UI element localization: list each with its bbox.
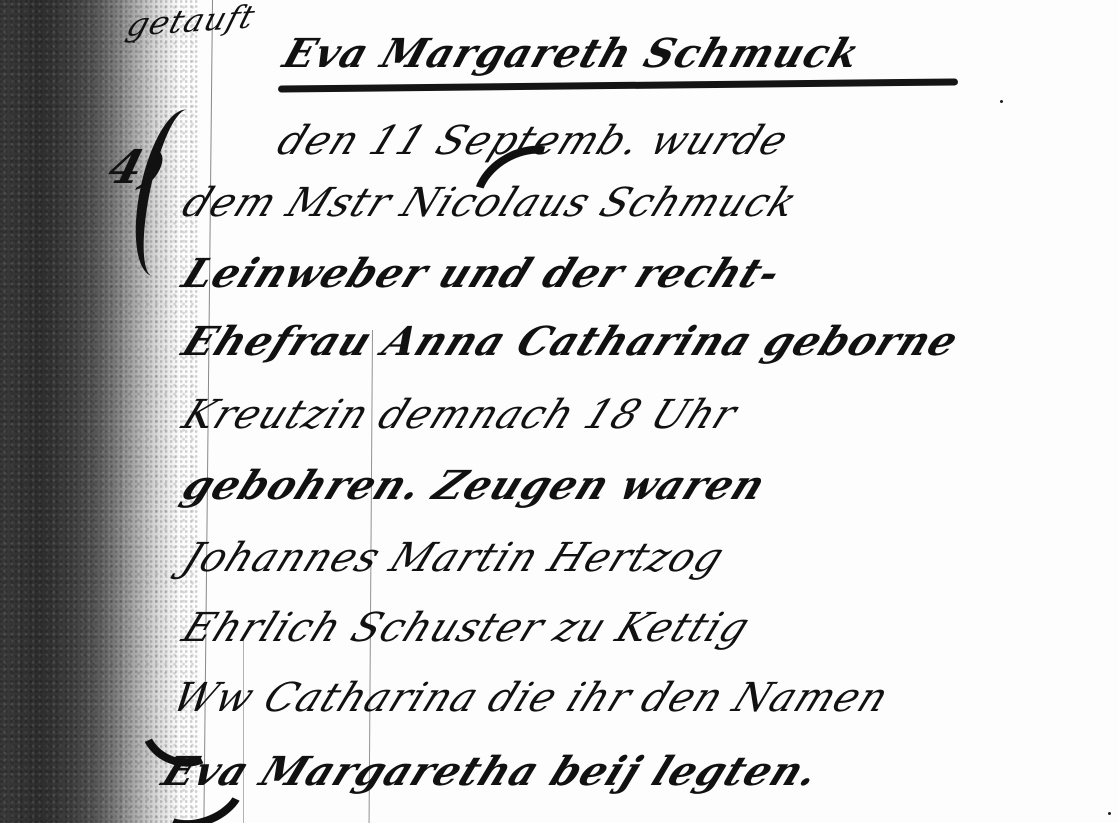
- handwritten-line: Ehrlich Schuster zu Kettig: [176, 605, 757, 651]
- entry-title-name: Eva Margareth Schmuck: [277, 30, 866, 77]
- ink-speck: [1000, 100, 1003, 103]
- handwritten-line: Johannes Martin Hertzog: [176, 535, 732, 581]
- handwritten-line: Ehefrau Anna Catharina geborne: [176, 318, 966, 365]
- ink-speck: [1108, 812, 1111, 815]
- handwritten-line: gebohren. Zeugen waren: [176, 462, 774, 509]
- margin-annotation: getauft: [122, 0, 260, 44]
- handwritten-line: Ww Catharina die ihr den Namen: [166, 675, 896, 721]
- ink-speck: [132, 40, 135, 43]
- scan-bottom-edge: [0, 823, 1119, 833]
- handwritten-line: Kreutzin demnach 18 Uhr: [176, 392, 744, 438]
- scanned-register-page: getauft 4) Eva Margareth Schmuck den 11 …: [0, 0, 1119, 833]
- title-underline: [278, 78, 958, 92]
- ruling-line: [243, 640, 244, 823]
- handwritten-line: Leinweber und der recht-: [176, 250, 789, 297]
- handwritten-line: Eva Margaretha beij legten.: [156, 748, 827, 795]
